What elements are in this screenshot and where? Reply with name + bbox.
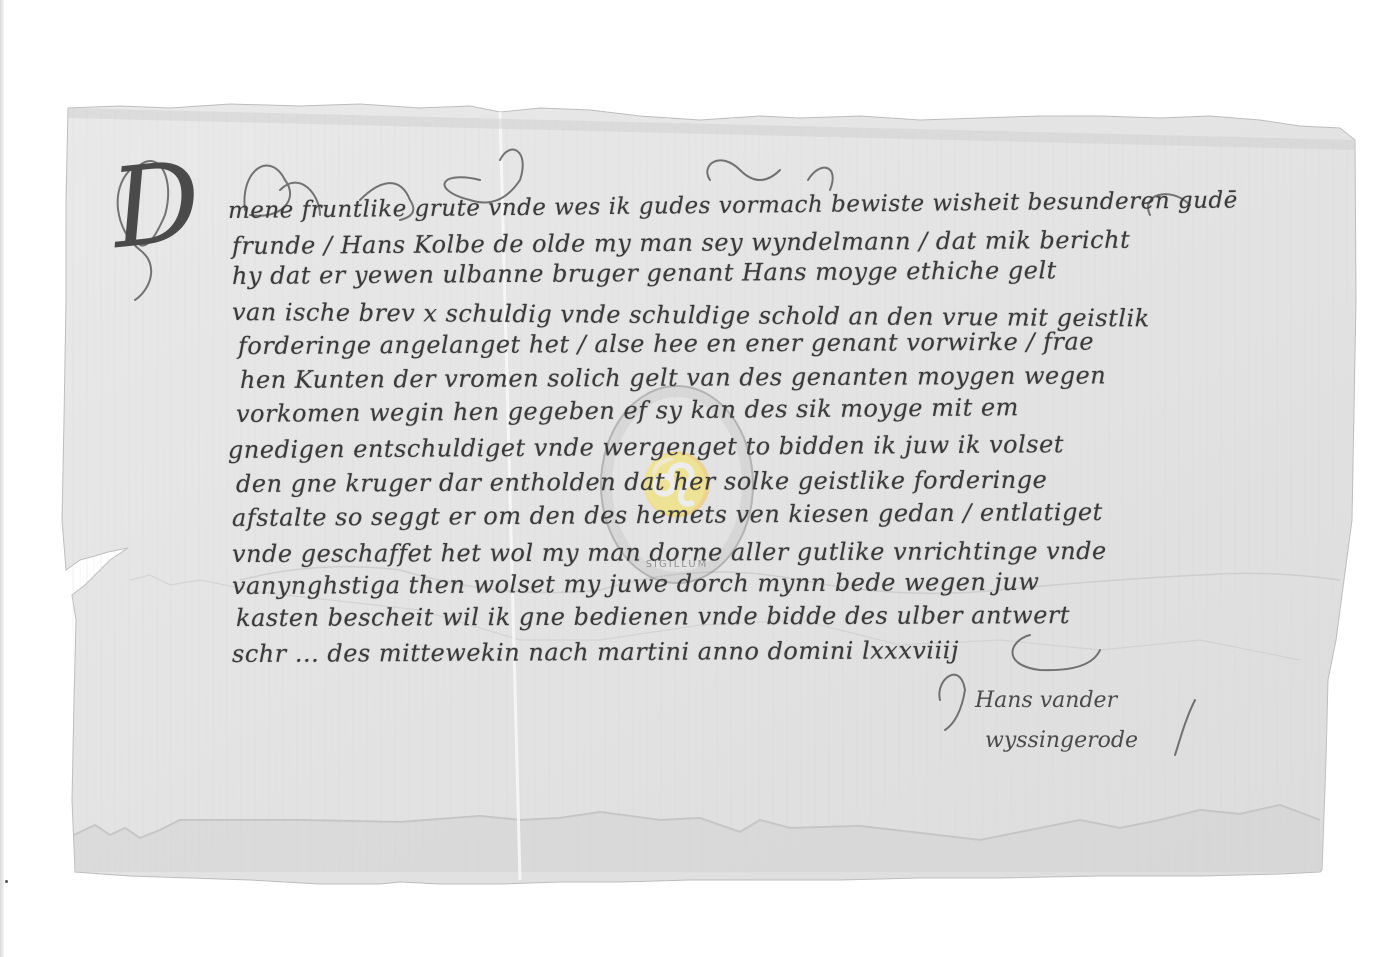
text-line-6: hen Kunten der vromen solich gelt van de… xyxy=(240,361,1106,394)
text-line-9: den gne kruger dar entholden dat her sol… xyxy=(236,466,1047,498)
text-line-7: vorkomen wegin hen gegeben ef sy kan des… xyxy=(236,393,1019,428)
text-line-3: hy dat er yewen ulbanne bruger genant Ha… xyxy=(232,256,1057,290)
signature-line-2: wyssingerode xyxy=(985,728,1138,753)
manuscript-sheet: D ♌ SIGILLUM mene fruntlike grute vnde w… xyxy=(0,0,1376,957)
text-line-2: frunde / Hans Kolbe de olde my man sey w… xyxy=(232,226,1130,260)
signature-line-1: Hans vander xyxy=(975,688,1117,713)
text-line-14: schr ... des mittewekin nach martini ann… xyxy=(232,636,959,668)
text-line-11: vnde geschaffet het wol my man dorne all… xyxy=(232,537,1107,568)
text-line-12: vanynghstiga then wolset my juwe dorch m… xyxy=(232,568,1040,600)
text-line-10: afstalte so seggt er om den des hemets v… xyxy=(232,498,1103,532)
text-line-1: mene fruntlike grute vnde wes ik gudes v… xyxy=(228,187,1318,224)
letter-body: mene fruntlike grute vnde wes ik gudes v… xyxy=(0,0,1376,957)
text-line-13: kasten bescheit wil ik gne bedienen vnde… xyxy=(236,601,1070,632)
text-line-8: gnedigen entschuldiget vnde wergenget to… xyxy=(228,430,1064,464)
text-line-5: forderinge angelanget het / alse hee en … xyxy=(238,328,1094,360)
